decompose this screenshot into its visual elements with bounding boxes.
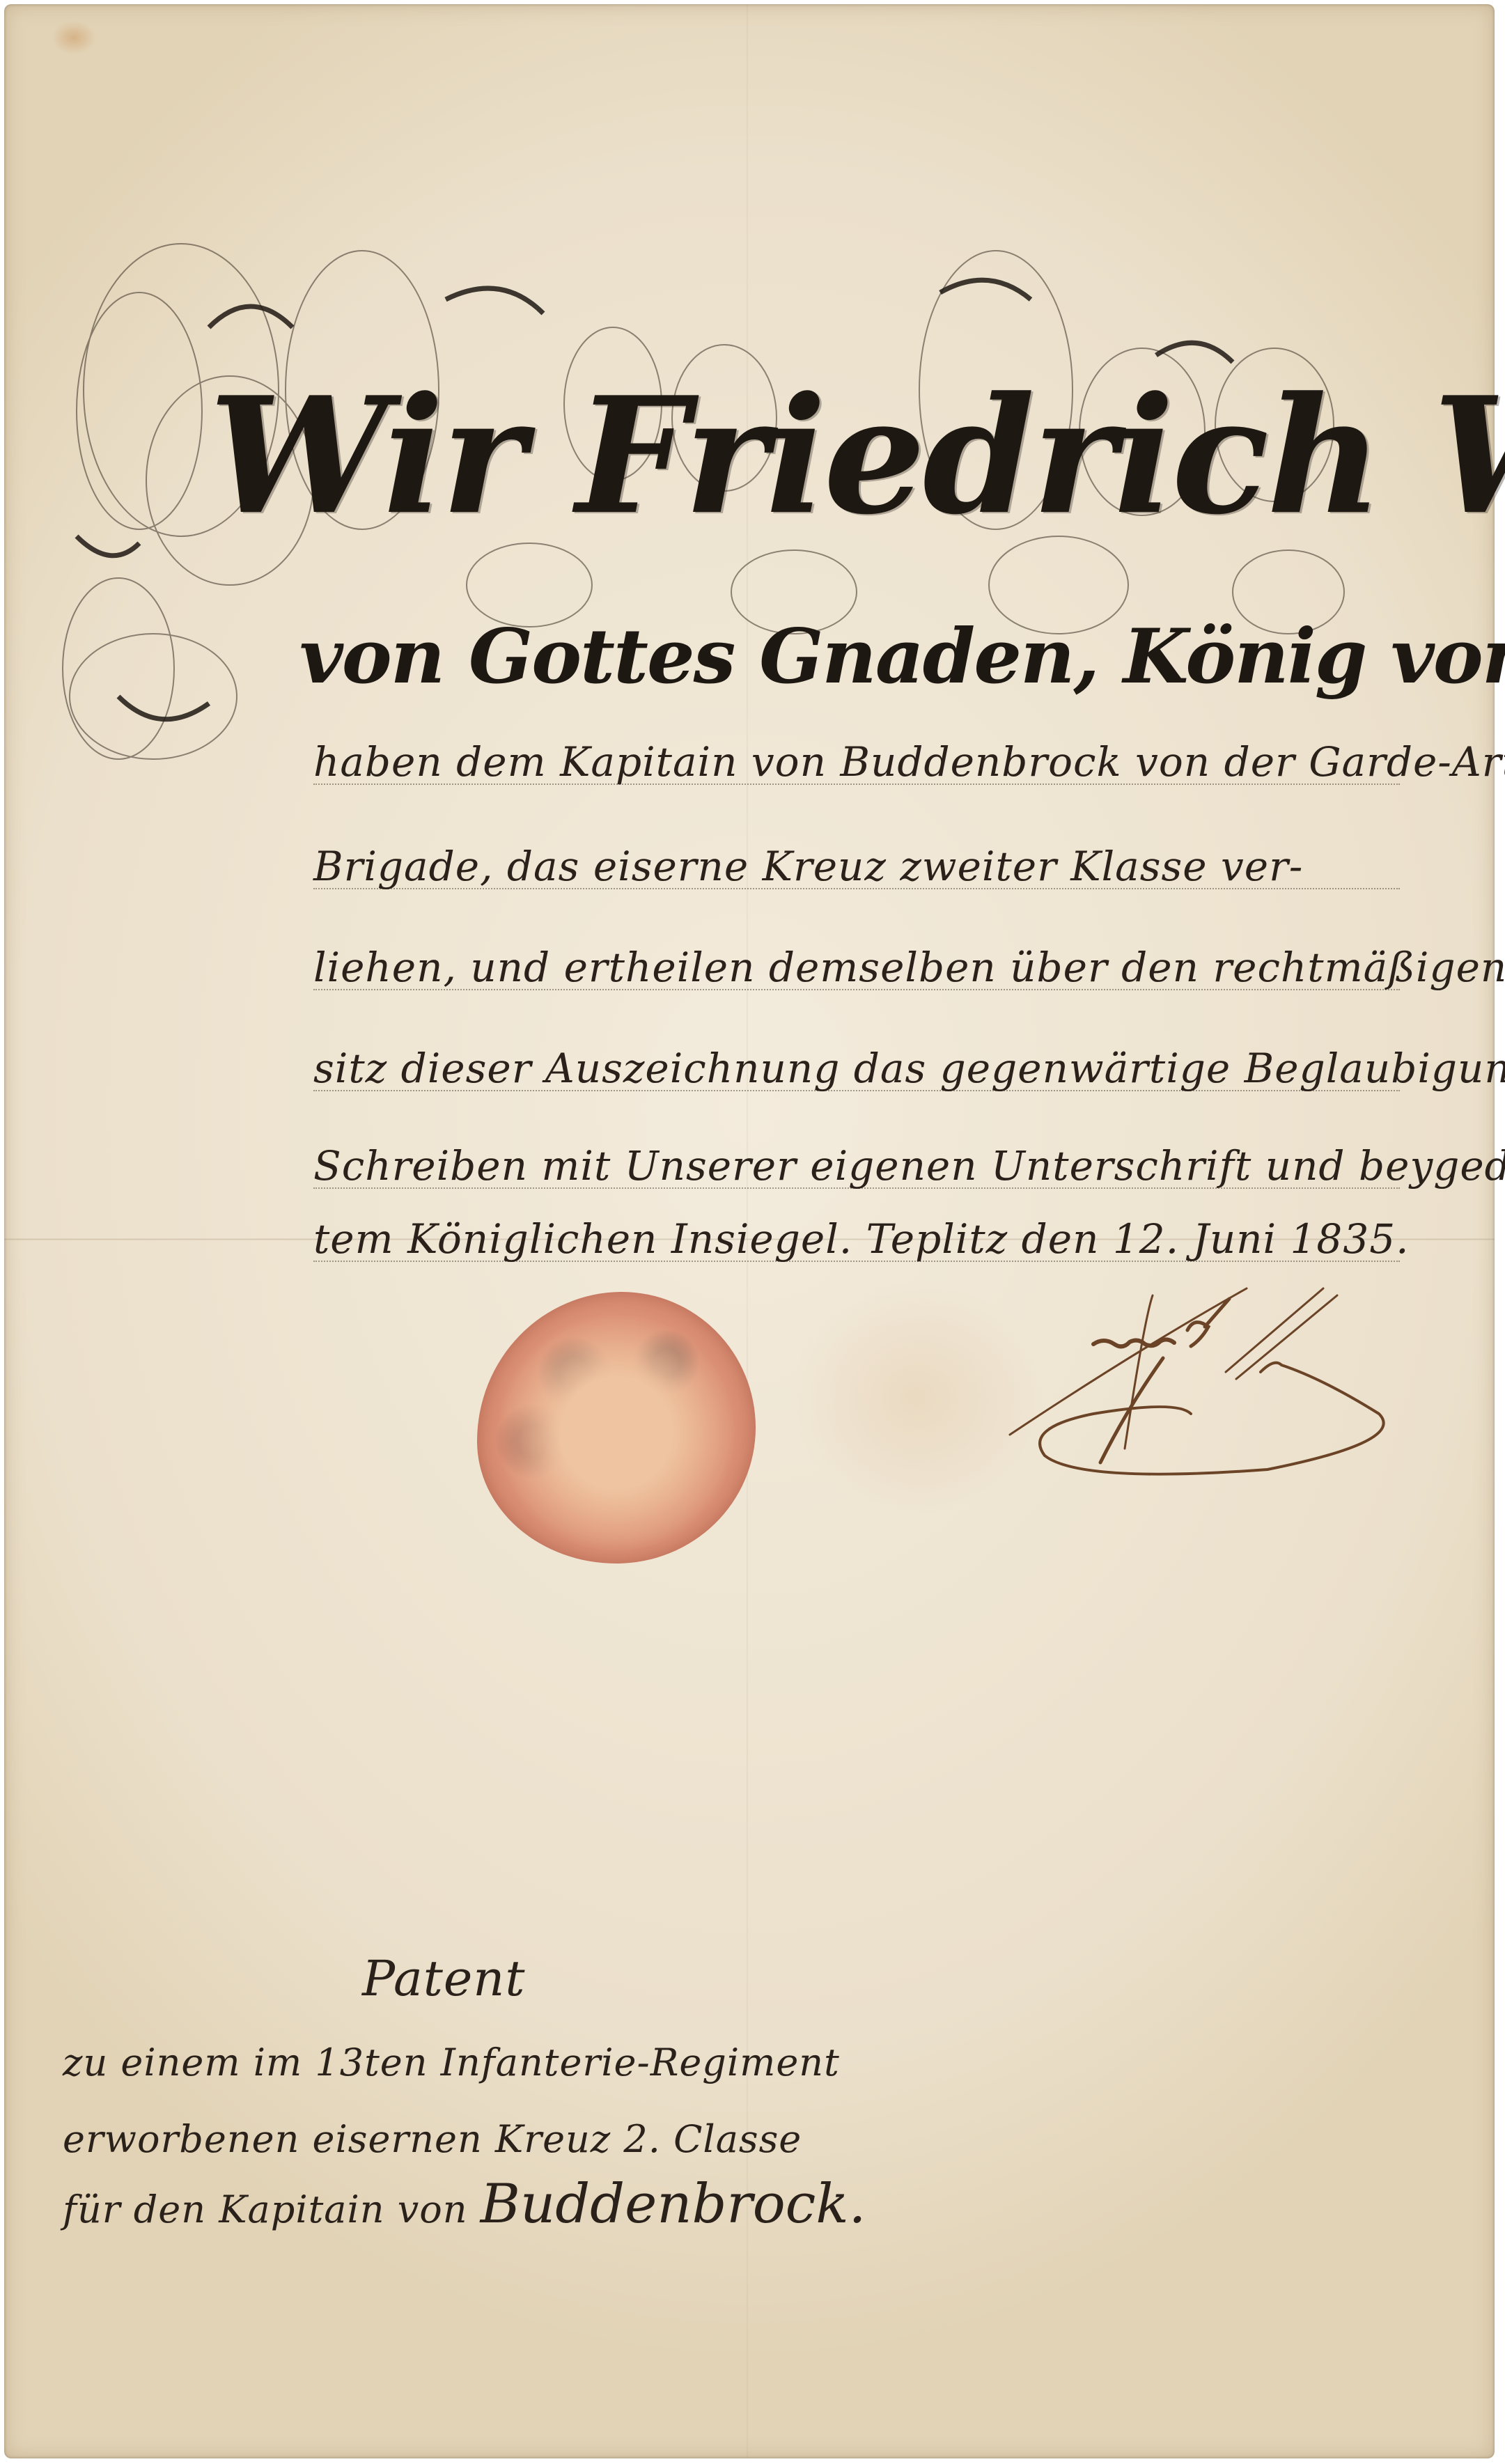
docket-line-with-name: für den Kapitain von Buddenbrock. — [63, 2173, 866, 2236]
heading-title: Wir Friedrich Wilhelm, — [209, 362, 1505, 550]
signature-text: Friedrich Wilhelm — [996, 1274, 1078, 1277]
docket-line: erworbenen eisernen Kreuz 2. Classe — [63, 2117, 802, 2161]
docket-line: zu einem im 13ten Infanterie-Regiment — [63, 2041, 840, 2084]
docket-title: Patent — [362, 1950, 525, 2007]
body-text-line: Brigade, das eiserne Kreuz zweiter Klass… — [313, 843, 1303, 890]
royal-signature: Friedrich Wilhelm — [996, 1274, 1456, 1483]
body-text-line-dated: tem Königlichen Insiegel. Teplitz den 12… — [313, 1215, 1410, 1263]
body-text-line: liehen, und ertheilen demselben über den… — [313, 944, 1505, 991]
body-text-line: sitz dieser Auszeichnung das gegenwärtig… — [313, 1045, 1505, 1092]
body-text-line: Schreiben mit Unserer eigenen Unterschri… — [313, 1142, 1505, 1190]
recipient-name: Buddenbrock. — [481, 2173, 866, 2236]
body-text-line: haben dem Kapitain von Buddenbrock von d… — [313, 738, 1505, 786]
docket-prefix: für den Kapitain von — [63, 2188, 468, 2231]
heading-subtitle: von Gottes Gnaden, König von Preußen — [299, 613, 1505, 701]
